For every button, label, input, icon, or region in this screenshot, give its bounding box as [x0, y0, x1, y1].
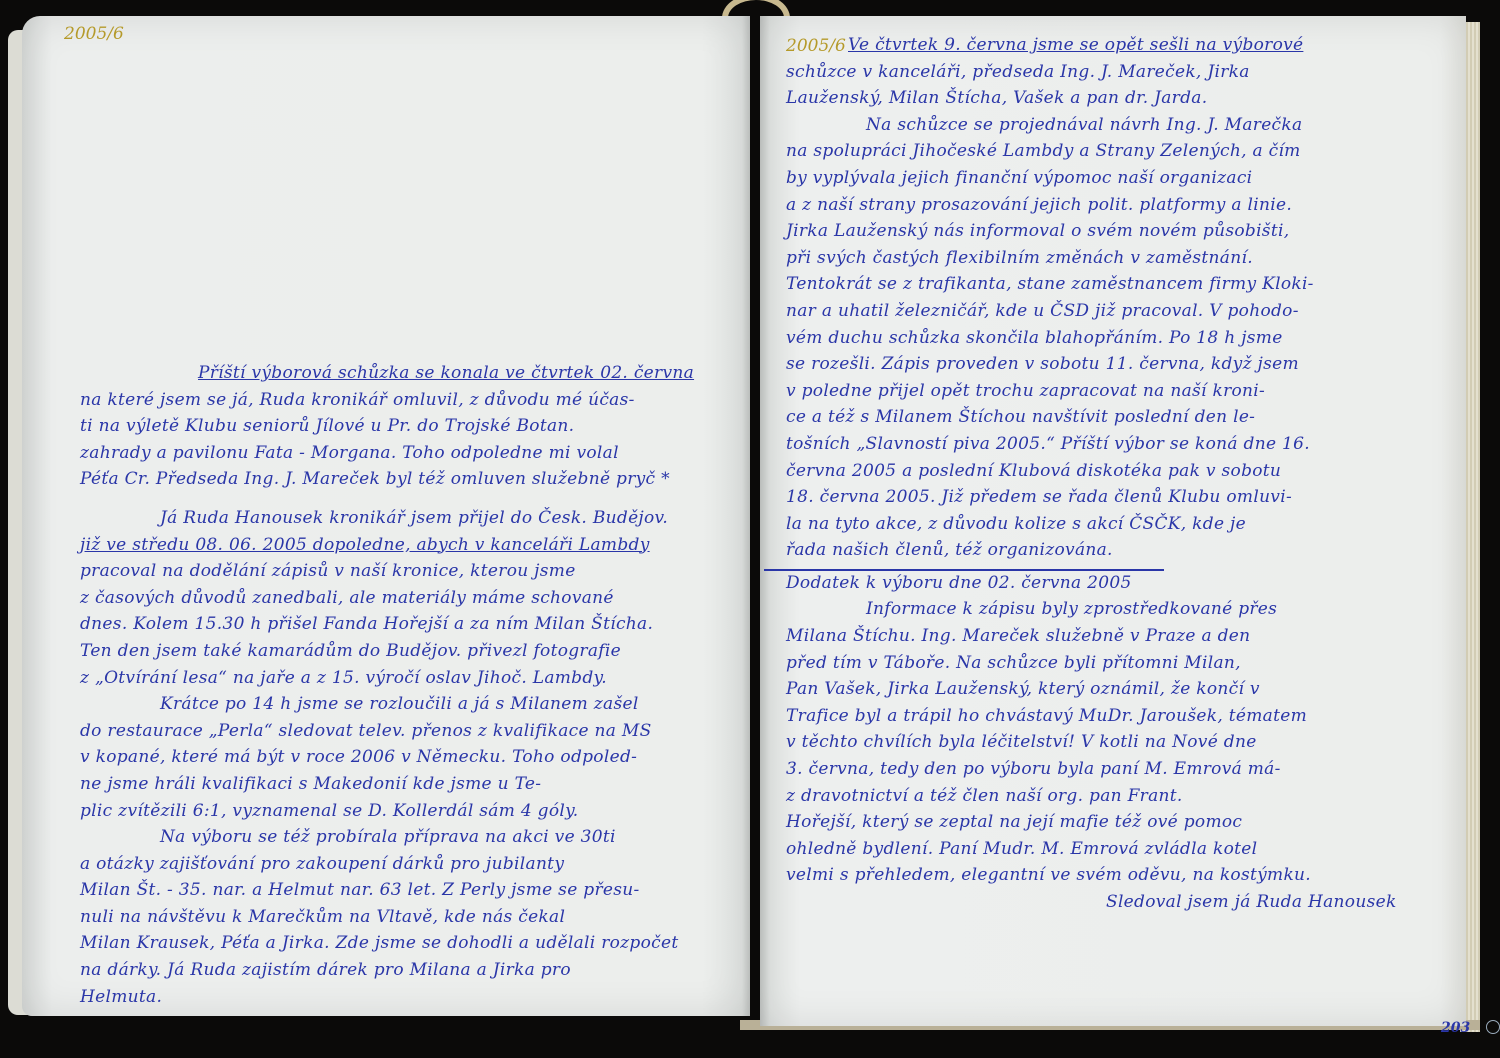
- text-line: dnes. Kolem 15.30 h přišel Fanda Hořejší…: [80, 611, 694, 638]
- text-line: ti na výletě Klubu seniorů Jílové u Pr. …: [80, 413, 694, 440]
- text-line: se rozešli. Zápis proveden v sobotu 11. …: [786, 351, 1466, 378]
- text-line: Tentokrát se z trafikanta, stane zaměstn…: [786, 271, 1466, 298]
- page-number: 203: [1441, 1020, 1470, 1036]
- text-line: velmi s přehledem, elegantní ve svém odě…: [786, 862, 1466, 889]
- text-line: Na výboru se též probírala příprava na a…: [80, 824, 694, 851]
- text-line: 18. června 2005. Již předem se řada člen…: [786, 484, 1466, 511]
- text-line: Milan Št. - 35. nar. a Helmut nar. 63 le…: [80, 877, 694, 904]
- text-line: června 2005 a poslední Klubová diskotéka…: [786, 458, 1466, 485]
- text-line: Příští výborová schůzka se konala ve čtv…: [80, 360, 694, 387]
- text-line: na dárky. Já Ruda zajistím dárek pro Mil…: [80, 957, 694, 984]
- addendum-heading: Dodatek k výboru dne 02. června 2005: [786, 570, 1466, 597]
- left-page: 2005/6 Příští výborová schůzka se konala…: [22, 16, 750, 1016]
- text-line: tošních „Slavností piva 2005.“ Příští vý…: [786, 431, 1466, 458]
- text-line: Krátce po 14 h jsme se rozloučili a já s…: [80, 691, 694, 718]
- text-line: vém duchu schůzka skončila blahopřáním. …: [786, 325, 1466, 352]
- text-line: při svých častých flexibilním změnách v …: [786, 245, 1466, 272]
- text-line: Péťa Cr. Předseda Ing. J. Mareček byl té…: [80, 466, 694, 493]
- text-line: 3. června, tedy den po výboru byla paní …: [786, 756, 1466, 783]
- text-line: a otázky zajišťování pro zakoupení dárků…: [80, 851, 694, 878]
- text-line: již ve středu 08. 06. 2005 dopoledne, ab…: [80, 532, 694, 559]
- text-line: la na tyto akce, z důvodu kolize s akcí …: [786, 511, 1466, 538]
- text-line: do restaurace „Perla“ sledovat telev. př…: [80, 718, 694, 745]
- text-line: Helmuta.: [80, 984, 694, 1011]
- text-line: v poledne přijel opět trochu zapracovat …: [786, 378, 1466, 405]
- section-divider: [764, 569, 1164, 571]
- text-line: z dravotnictví a též člen naší org. pan …: [786, 783, 1466, 810]
- text-line: Milan Krausek, Péťa a Jirka. Zde jsme se…: [80, 930, 694, 957]
- left-folio-date: 2005/6: [64, 24, 124, 44]
- text-line: v kopané, které má být v roce 2006 v Něm…: [80, 744, 694, 771]
- text-line: Lauženský, Milan Štícha, Vašek a pan dr.…: [786, 85, 1466, 112]
- text-line: zahrady a pavilonu Fata - Morgana. Toho …: [80, 440, 694, 467]
- text-line: v těchto chvílích byla léčitelství! V ko…: [786, 729, 1466, 756]
- text-line: z časových důvodů zanedbali, ale materiá…: [80, 585, 694, 612]
- text-line: před tím v Táboře. Na schůzce byli příto…: [786, 650, 1466, 677]
- text-line: Na schůzce se projednával návrh Ing. J. …: [786, 112, 1466, 139]
- text-line: Pan Vašek, Jirka Lauženský, který oznámi…: [786, 676, 1466, 703]
- text-line: schůzce v kanceláři, předseda Ing. J. Ma…: [786, 59, 1466, 86]
- text-line: nar a uhatil železničář, kde u ČSD již p…: [786, 298, 1466, 325]
- text-line: Informace k zápisu byly zprostředkované …: [786, 596, 1466, 623]
- text-line: ce a též s Milanem Štíchou navštívit pos…: [786, 404, 1466, 431]
- left-page-text: Příští výborová schůzka se konala ve čtv…: [80, 360, 694, 1010]
- text-line: nuli na návštěvu k Marečkům na Vltavě, k…: [80, 904, 694, 931]
- text-line: ohledně bydlení. Paní Mudr. M. Emrová zv…: [786, 836, 1466, 863]
- text-line: Já Ruda Hanousek kronikář jsem přijel do…: [80, 505, 694, 532]
- right-page: 2005/6 Ve čtvrtek 9. června jsme se opět…: [760, 16, 1466, 1026]
- text-line: pracoval na dodělání zápisů v naší kroni…: [80, 558, 694, 585]
- archive-stamp-icon: [1486, 1020, 1500, 1034]
- text-line: ne jsme hráli kvalifikaci s Makedonií kd…: [80, 771, 694, 798]
- text-line: a z naší strany prosazování jejich polit…: [786, 192, 1466, 219]
- right-page-text: Ve čtvrtek 9. června jsme se opět sešli …: [786, 32, 1466, 916]
- text-line: plic zvítězili 6:1, vyznamenal se D. Kol…: [80, 798, 694, 825]
- text-line: na spolupráci Jihočeské Lambdy a Strany …: [786, 138, 1466, 165]
- text-line: na které jsem se já, Ruda kronikář omluv…: [80, 387, 694, 414]
- text-line: by vyplývala jejich finanční výpomoc naš…: [786, 165, 1466, 192]
- text-line: Jirka Lauženský nás informoval o svém no…: [786, 218, 1466, 245]
- text-line: z „Otvírání lesa“ na jaře a z 15. výročí…: [80, 665, 694, 692]
- text-line: Ve čtvrtek 9. června jsme se opět sešli …: [786, 32, 1466, 59]
- text-line: Hořejší, který se zeptal na její mafie t…: [786, 809, 1466, 836]
- signature-line: Sledoval jsem já Ruda Hanousek: [786, 889, 1466, 916]
- text-line: řada našich členů, též organizována.: [786, 537, 1466, 564]
- text-line: Trafice byl a trápil ho chvástavý MuDr. …: [786, 703, 1466, 730]
- text-line: Ten den jsem také kamarádům do Budějov. …: [80, 638, 694, 665]
- text-line: Milana Štíchu. Ing. Mareček služebně v P…: [786, 623, 1466, 650]
